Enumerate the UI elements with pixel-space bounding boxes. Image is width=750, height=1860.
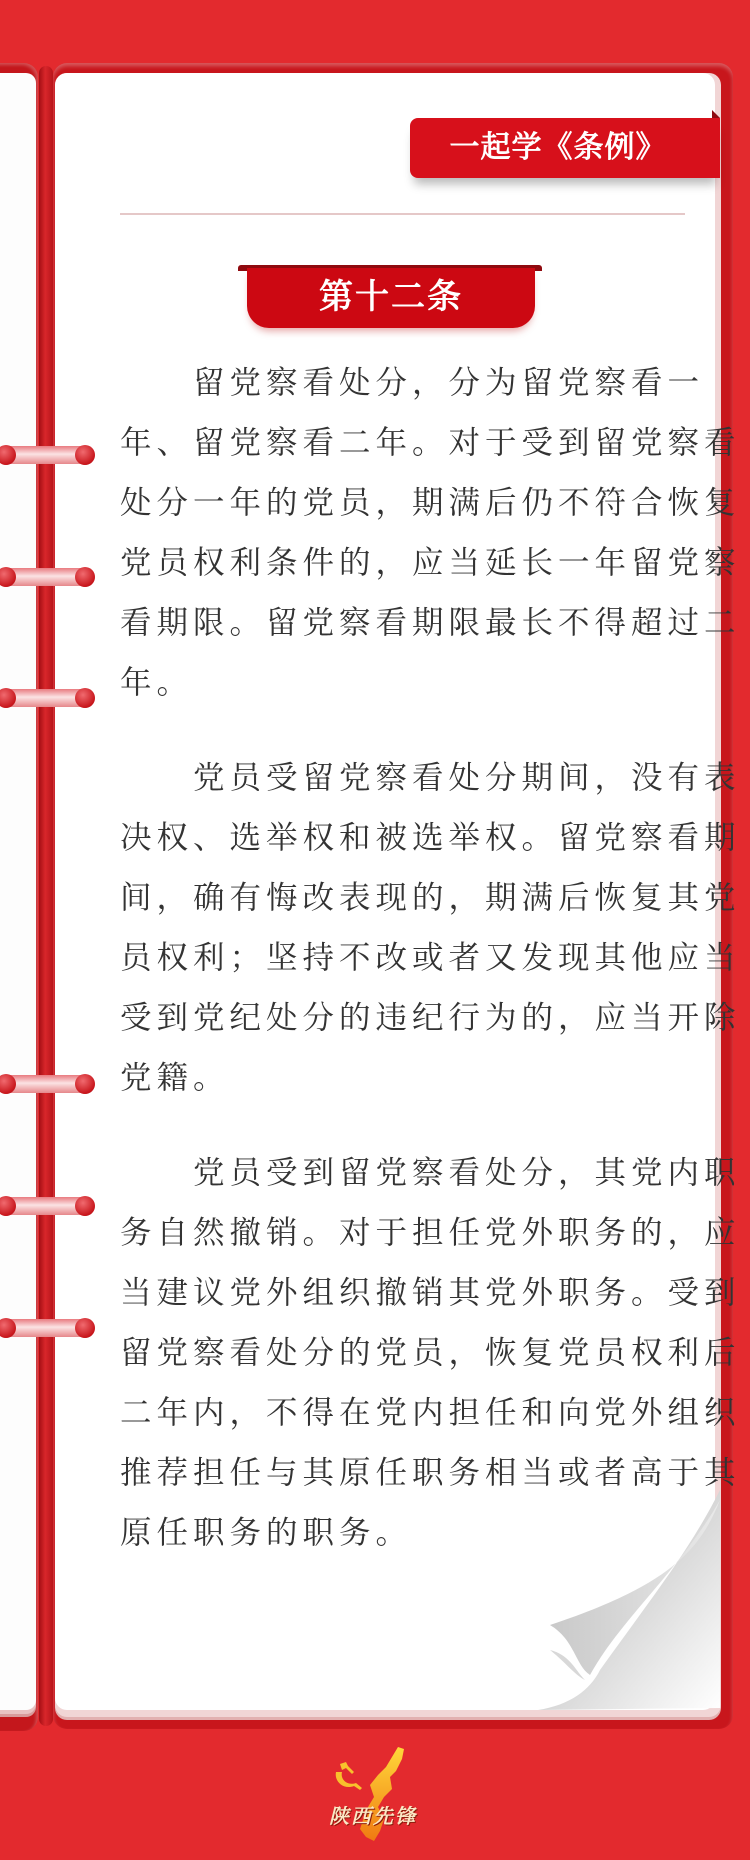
hammer-sickle-icon bbox=[330, 1758, 366, 1794]
left-page bbox=[0, 73, 36, 1710]
page-curl-icon bbox=[530, 1490, 730, 1720]
binder-spine bbox=[39, 66, 53, 1726]
text-line: 当建议党外组织撤销其党外职务。受到 bbox=[120, 1271, 690, 1331]
text-line: 留党察看处分的党员，恢复党员权利后 bbox=[120, 1331, 690, 1391]
paragraph-2: 党员受留党察看处分期间，没有表 决权、选举权和被选举权。留党察看期 间，确有悔改… bbox=[120, 756, 690, 1116]
banner-fold bbox=[712, 110, 720, 118]
text-line: 处分一年的党员，期满后仍不符合恢复 bbox=[120, 481, 690, 541]
article-title: 第十二条 bbox=[247, 268, 535, 328]
ring-end bbox=[75, 445, 95, 465]
text-line: 决权、选举权和被选举权。留党察看期 bbox=[120, 816, 690, 876]
article-body: 留党察看处分，分为留党察看一 年、留党察看二年。对于受到留党察看 处分一年的党员… bbox=[120, 361, 690, 1606]
logo-text: 陕西先锋 bbox=[318, 1800, 428, 1829]
ring-end bbox=[75, 1318, 95, 1338]
text-line: 间，确有悔改表现的，期满后恢复其党 bbox=[120, 876, 690, 936]
text-line: 年、留党察看二年。对于受到留党察看 bbox=[120, 421, 690, 481]
section-banner: 一起学《条例》 bbox=[410, 118, 720, 178]
text-line: 党员受到留党察看处分，其党内职 bbox=[120, 1151, 690, 1211]
text-line: 党员权利条件的，应当延长一年留党察 bbox=[120, 541, 690, 601]
text-line: 党员受留党察看处分期间，没有表 bbox=[120, 756, 690, 816]
ring-end bbox=[75, 1196, 95, 1216]
paragraph-1: 留党察看处分，分为留党察看一 年、留党察看二年。对于受到留党察看 处分一年的党员… bbox=[120, 361, 690, 721]
text-line: 看期限。留党察看期限最长不得超过二 bbox=[120, 601, 690, 661]
text-line: 留党察看处分，分为留党察看一 bbox=[120, 361, 690, 421]
divider bbox=[120, 213, 685, 215]
text-line: 员权利；坚持不改或者又发现其他应当 bbox=[120, 936, 690, 996]
text-line: 年。 bbox=[120, 661, 690, 721]
text-line: 务自然撤销。对于担任党外职务的，应 bbox=[120, 1211, 690, 1271]
ring-end bbox=[75, 1074, 95, 1094]
text-line: 二年内，不得在党内担任和向党外组织 bbox=[120, 1391, 690, 1451]
ring-end bbox=[75, 688, 95, 708]
ring-end bbox=[75, 567, 95, 587]
text-line: 受到党纪处分的违纪行为的，应当开除 bbox=[120, 996, 690, 1056]
text-line: 党籍。 bbox=[120, 1056, 690, 1116]
